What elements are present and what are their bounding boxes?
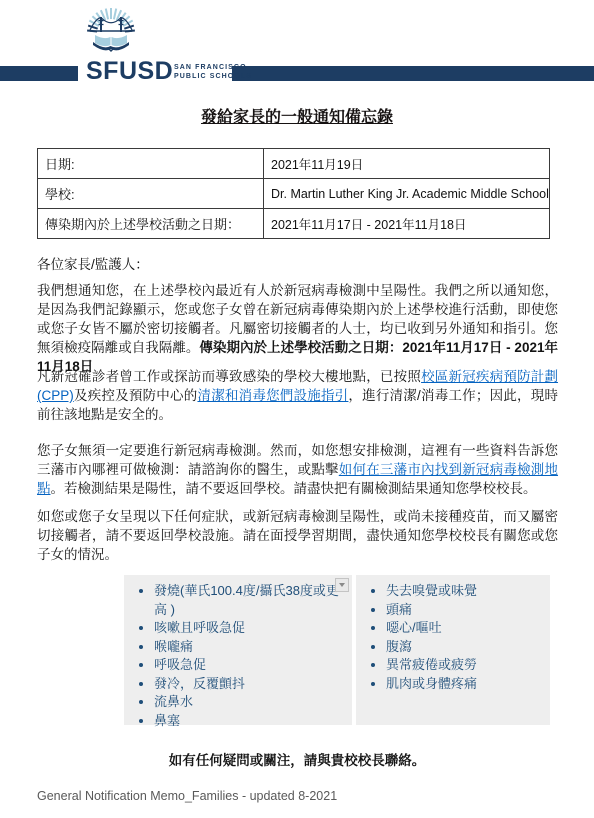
symptom-box: 發燒(華氏100.4度/攝氏38度或更高 )咳嗽且呼吸急促喉嚨痛呼吸急促發冷，反… bbox=[124, 575, 550, 725]
row-value: 2021年11月19日 bbox=[264, 149, 550, 179]
row-value: Dr. Martin Luther King Jr. Academic Midd… bbox=[264, 179, 550, 209]
symptom-column-right: 失去嗅覺或味覺頭痛噁心/嘔吐腹瀉異常疲倦或疲勞肌肉或身體疼痛 bbox=[356, 575, 550, 725]
table-row: 日期: 2021年11月19日 bbox=[38, 149, 550, 179]
text-segment: 如您或您子女呈現以下任何症狀，或新冠病毒檢測呈陽性，或尚未接種疫苗，而又屬密切接… bbox=[37, 509, 558, 562]
salutation: 各位家長/監護人： bbox=[37, 253, 149, 273]
symptom-item: 失去嗅覺或味覺 bbox=[386, 582, 544, 601]
symptom-item: 異常疲倦或疲勞 bbox=[386, 656, 544, 675]
header-bar-left bbox=[0, 66, 78, 81]
memo-page: SFUSD SAN FRANCISCO PUBLIC SCHOOLS 發給家長的… bbox=[0, 0, 594, 818]
symptom-item: 咳嗽且呼吸急促 bbox=[154, 619, 346, 638]
symptom-item: 頭痛 bbox=[386, 601, 544, 620]
symptom-item: 肌肉或身體疼痛 bbox=[386, 675, 544, 694]
body-paragraph-1: 我們想通知您，在上述學校內最近有人於新冠病毒檢測中呈陽性。我們之所以通知您，是因… bbox=[37, 281, 558, 376]
row-label: 日期: bbox=[38, 149, 264, 179]
text-segment: 及疾控及預防中心的 bbox=[74, 388, 198, 403]
footer-note: General Notification Memo_Families - upd… bbox=[37, 789, 337, 803]
symptom-list-left: 發燒(華氏100.4度/攝氏38度或更高 )咳嗽且呼吸急促喉嚨痛呼吸急促發冷，反… bbox=[124, 575, 352, 730]
sfusd-logo-emblem bbox=[84, 3, 138, 61]
closing-note: 如有任何疑問或關注，請與貴校校長聯絡。 bbox=[0, 749, 594, 769]
symptom-item: 腹瀉 bbox=[386, 638, 544, 657]
symptom-list-right: 失去嗅覺或味覺頭痛噁心/嘔吐腹瀉異常疲倦或疲勞肌肉或身體疼痛 bbox=[356, 575, 550, 693]
symptom-item: 呼吸急促 bbox=[154, 656, 346, 675]
text-segment: 凡新冠確診者曾工作或探訪而導致感染的學校大樓地點，已按照 bbox=[37, 369, 421, 384]
body-paragraph-3: 您子女無須一定要進行新冠病毒檢測。然而，如您想安排檢測，這裡有一些資料告訴您三藩… bbox=[37, 441, 558, 498]
symptom-column-left: 發燒(華氏100.4度/攝氏38度或更高 )咳嗽且呼吸急促喉嚨痛呼吸急促發冷，反… bbox=[124, 575, 352, 725]
sfusd-acronym: SFUSD bbox=[86, 57, 173, 86]
body-paragraph-2: 凡新冠確診者曾工作或探訪而導致感染的學校大樓地點，已按照校區新冠疾病預防計劃(C… bbox=[37, 367, 558, 424]
symptom-item: 發冷，反覆顫抖 bbox=[154, 675, 346, 694]
header-bar-right bbox=[232, 66, 594, 81]
symptom-item: 流鼻水 bbox=[154, 693, 346, 712]
row-label: 傳染期內於上述學校活動之日期： bbox=[38, 209, 264, 239]
symptom-item: 噁心/嘔吐 bbox=[386, 619, 544, 638]
row-label: 學校: bbox=[38, 179, 264, 209]
info-table: 日期: 2021年11月19日 學校: Dr. Martin Luther Ki… bbox=[37, 148, 550, 239]
row-value: 2021年11月17日 - 2021年11月18日 bbox=[264, 209, 550, 239]
inline-link[interactable]: 清潔和消毒您們設施指引 bbox=[197, 388, 348, 403]
body-paragraph-4: 如您或您子女呈現以下任何症狀，或新冠病毒檢測呈陽性，或尚未接種疫苗，而又屬密切接… bbox=[37, 507, 558, 564]
table-row: 學校: Dr. Martin Luther King Jr. Academic … bbox=[38, 179, 550, 209]
page-title: 發給家長的一般通知備忘錄 bbox=[0, 104, 594, 127]
symptom-item: 喉嚨痛 bbox=[154, 638, 346, 657]
table-row: 傳染期內於上述學校活動之日期： 2021年11月17日 - 2021年11月18… bbox=[38, 209, 550, 239]
dropdown-arrow-icon[interactable] bbox=[335, 578, 349, 592]
sfusd-subtitle: SAN FRANCISCO PUBLIC SCHOOLS bbox=[174, 64, 252, 81]
symptom-item: 發燒(華氏100.4度/攝氏38度或更高 ) bbox=[154, 582, 346, 619]
text-segment: 。若檢測結果是陽性，請不要返回學校。請盡快把有關檢測結果通知您學校校長。 bbox=[51, 481, 537, 496]
symptom-item: 鼻塞 bbox=[154, 712, 346, 731]
